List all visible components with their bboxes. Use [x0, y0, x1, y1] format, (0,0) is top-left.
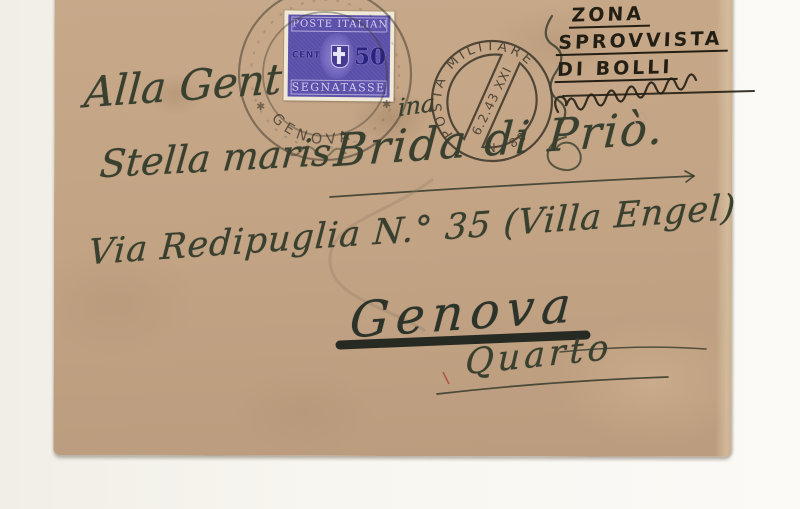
- corner-note-line-2: SPROVVISTA: [556, 28, 729, 57]
- stamp-face-value: 50: [354, 43, 386, 70]
- shield-cross-icon: [331, 45, 349, 68]
- stamp-cent-label: CENT: [292, 51, 321, 61]
- savoy-coat-of-arms-icon: [320, 33, 354, 79]
- scanned-envelope-photo: POSTE ITALIANE CENT 50 SEGNATASSE: [0, 0, 800, 509]
- corner-note-line-3: DI BOLLI: [555, 56, 679, 83]
- stamp-country-label: POSTE ITALIANE: [291, 16, 387, 32]
- corner-note: ZONA SPROVVISTA DI BOLLI: [554, 0, 730, 86]
- stamp-inscription: SEGNATASSE: [291, 79, 387, 95]
- corner-note-line-1: ZONA: [569, 3, 651, 29]
- stamp-center: CENT 50: [288, 31, 390, 80]
- stamp-design: POSTE ITALIANE CENT 50 SEGNATASSE: [288, 14, 391, 97]
- postage-due-stamp: POSTE ITALIANE CENT 50 SEGNATASSE: [284, 10, 395, 101]
